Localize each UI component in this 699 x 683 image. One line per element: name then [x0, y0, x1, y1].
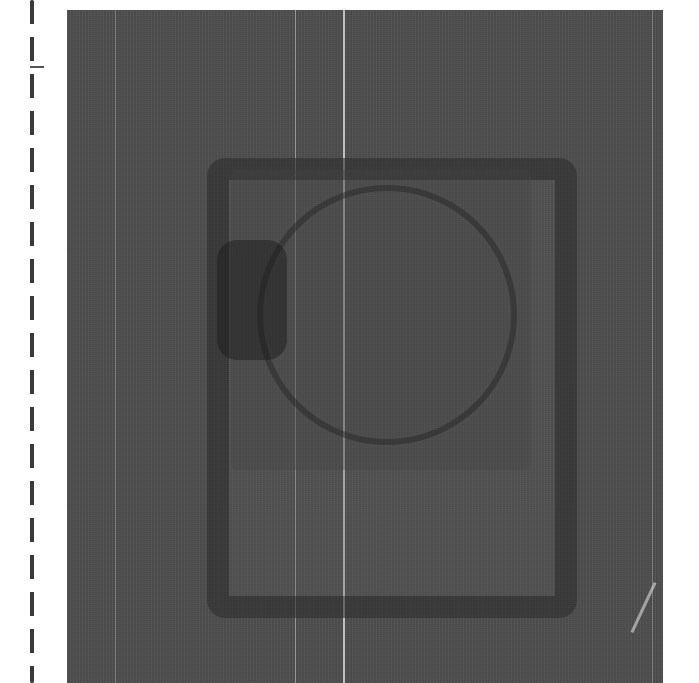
dashed-cut-line — [30, 0, 34, 683]
cut-line-tick — [30, 66, 44, 68]
scan-streak — [115, 10, 116, 683]
circular-shape — [257, 185, 517, 445]
dark-blotch — [217, 240, 287, 360]
scanned-photograph — [67, 10, 663, 683]
